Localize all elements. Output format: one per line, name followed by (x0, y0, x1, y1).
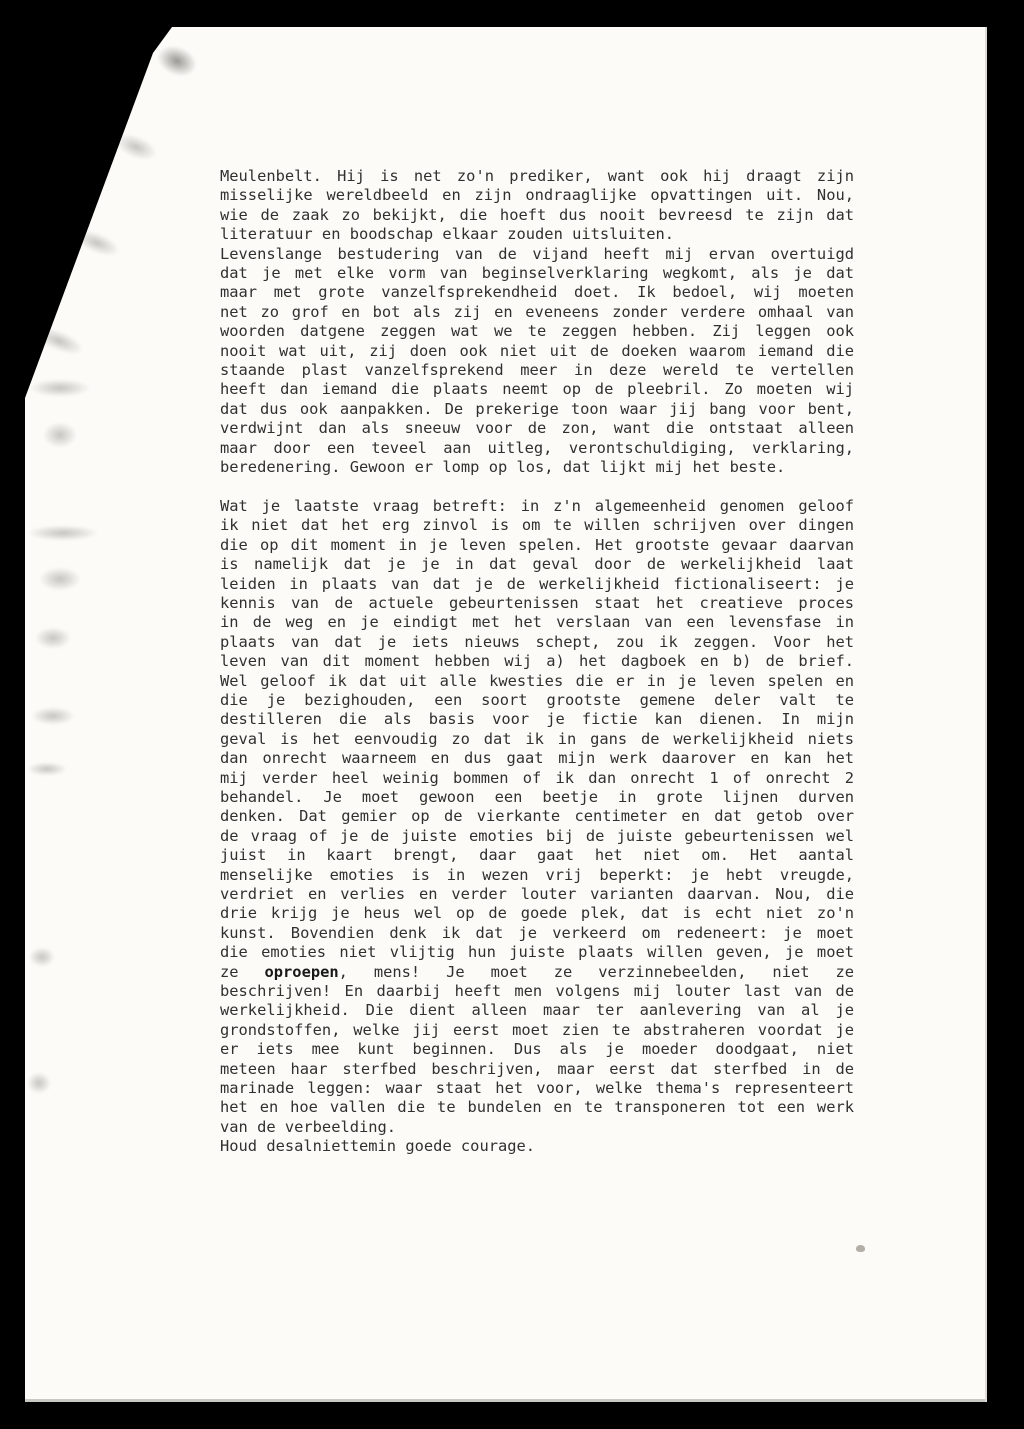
scan-smudge (31, 322, 87, 360)
text-line: drie krijg je heus wel op de goede plek,… (220, 904, 854, 923)
text-line: plaats van dat je iets nieuws schept, zo… (220, 633, 854, 652)
text-line: misselijke wereldbeeld en zijn ondraagli… (220, 186, 854, 205)
text-line: meteen haar sterfbed beschrijven, maar e… (220, 1060, 854, 1079)
text-line: in de weg en je eindigt met het verslaan… (220, 613, 854, 632)
scan-smudge (29, 379, 91, 397)
text-line: heeft dan iemand die plaats neemt op de … (220, 380, 854, 399)
text-line: woorden datgene zeggen wat we te zeggen … (220, 322, 854, 341)
text-line: menselijke emoties is in wezen vrij bepe… (220, 866, 854, 885)
scan-smudge (153, 41, 201, 82)
paper-right-edge (985, 27, 987, 1402)
text-line: de vraag of je de juiste emoties bij de … (220, 827, 854, 846)
text-line: leven van dit moment hebben wij a) het d… (220, 652, 854, 671)
text-line: Wat je laatste vraag betreft: in z'n alg… (220, 497, 854, 516)
text-line: kunst. Bovendien denk ik dat je verkeerd… (220, 924, 854, 943)
text-line: nooit wat uit, zij doen ook niet uit de … (220, 342, 854, 361)
text-line: leiden in plaats van dat je de werkelijk… (220, 575, 854, 594)
scan-smudge (29, 947, 55, 967)
text-line: er iets mee kunt beginnen. Dus als je mo… (220, 1040, 854, 1059)
text-line: juist in kaart brengt, daar gaat het nie… (220, 846, 854, 865)
text-line: Levenslange bestudering van de vijand he… (220, 245, 854, 264)
text-line: werkelijkheid. Die dient alleen maar ter… (220, 1001, 854, 1020)
text-line: net zo grof en bot als zij en eveneens z… (220, 303, 854, 322)
text-line: ze oproepen, mens! Je moet ze verzinnebe… (220, 963, 854, 982)
text-line: Meulenbelt. Hij is net zo'n prediker, wa… (220, 167, 854, 186)
text-line: Houd desalniettemin goede courage. (220, 1137, 854, 1156)
text-line: dat dus ook aanpakken. De prekerige toon… (220, 400, 854, 419)
scan-smudge (35, 627, 71, 649)
text-line: van de verbeelding. (220, 1118, 854, 1137)
scan-background: Meulenbelt. Hij is net zo'n prediker, wa… (0, 0, 1024, 1429)
text-line: die emoties niet vlijtig hun juiste plaa… (220, 943, 854, 962)
text-line: die je bezighouden, een soort grootste g… (220, 691, 854, 710)
text-line: kennis van de actuele gebeurtenissen sta… (220, 594, 854, 613)
letter-page: Meulenbelt. Hij is net zo'n prediker, wa… (25, 27, 987, 1402)
text-line: ik niet dat het erg zinvol is om te will… (220, 516, 854, 535)
paper-bottom-edge (25, 1399, 987, 1402)
text-line: marinade leggen: waar staat het voor, we… (220, 1079, 854, 1098)
text-line: maar met grote vanzelfsprekendheid doet.… (220, 283, 854, 302)
text-line: verdriet en verlies en verder louter var… (220, 885, 854, 904)
text-line: denken. Dat gemier op de vierkante centi… (220, 807, 854, 826)
text-line: literatuur en boodschap elkaar zouden ui… (220, 225, 854, 244)
paragraph: Wat je laatste vraag betreft: in z'n alg… (220, 497, 854, 1157)
scan-smudge (71, 225, 123, 262)
paragraph: Meulenbelt. Hij is net zo'n prediker, wa… (220, 167, 854, 478)
text-line: destilleren die als basis voor je fictie… (220, 710, 854, 729)
letter-body: Meulenbelt. Hij is net zo'n prediker, wa… (220, 167, 854, 1157)
text-line: mij verder heel weinig bommen of ik dan … (220, 769, 854, 788)
text-line: maar door een teveel aan uitleg, veronts… (220, 439, 854, 458)
text-line: die op dit moment in je leven spelen. He… (220, 536, 854, 555)
scan-smudge (27, 762, 67, 776)
text-line: dan onrecht waarneem en dus gaat mijn we… (220, 749, 854, 768)
scan-speck (856, 1245, 865, 1252)
scan-smudge (31, 707, 75, 725)
text-line: behandel. Je moet gewoon een beetje in g… (220, 788, 854, 807)
text-line: grondstoffen, welke jij eerst moet zien … (220, 1021, 854, 1040)
scan-smudge (27, 1072, 51, 1094)
scan-smudge (39, 567, 81, 591)
text-line: Wel geloof ik dat uit alle kwesties die … (220, 672, 854, 691)
text-line: wie de zaak zo bekijkt, die hoeft dus no… (220, 206, 854, 225)
scan-smudge (27, 525, 99, 541)
text-line: beschrijven! En daarbij heeft men volgen… (220, 982, 854, 1001)
text-line: beredenering. Gewoon er lomp op los, dat… (220, 458, 854, 477)
text-line: geval is het eenvoudig zo dat ik in gans… (220, 730, 854, 749)
text-line: het en hoe vallen die te bundelen en te … (220, 1098, 854, 1117)
text-line: is namelijk dat je je in dat geval door … (220, 555, 854, 574)
text-line: verdwijnt dan als sneeuw voor de zon, wa… (220, 419, 854, 438)
scan-smudge (111, 129, 160, 166)
scan-smudge (43, 422, 77, 448)
text-line: staande plast vanzelfsprekend meer in de… (220, 361, 854, 380)
text-line: dat je met elke vorm van beginselverklar… (220, 264, 854, 283)
